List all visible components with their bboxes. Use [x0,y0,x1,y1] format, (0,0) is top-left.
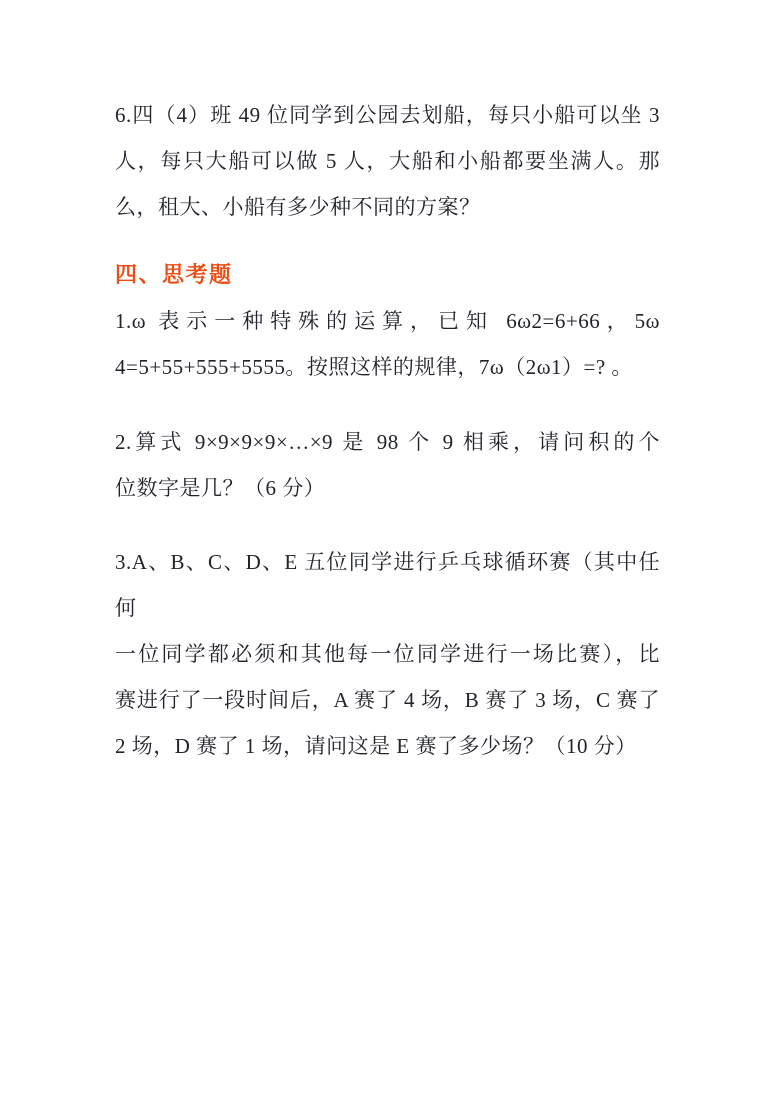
question-3-line-2: 一位同学都必须和其他每一位同学进行一场比赛），比 [115,631,660,677]
question-2-line-2: 位数字是几？（6 分） [115,465,660,511]
question-1-line-1: 1.ω 表示一种特殊的运算，已知 6ω2=6+66，5ω [115,298,660,344]
section-heading-thinking-questions: 四、思考题 [115,252,660,298]
question-6: 6.四（4）班 49 位同学到公园去划船，每只小船可以坐 3 人，每只大船可以做… [115,92,660,230]
question-2-line-1: 2.算式 9×9×9×9×…×9 是 98 个 9 相乘，请问积的个 [115,419,660,465]
thinking-question-2: 2.算式 9×9×9×9×…×9 是 98 个 9 相乘，请问积的个 位数字是几… [115,419,660,511]
worksheet-page: 6.四（4）班 49 位同学到公园去划船，每只小船可以坐 3 人，每只大船可以做… [0,0,780,1103]
question-6-line-1: 6.四（4）班 49 位同学到公园去划船，每只小船可以坐 3 [115,92,660,138]
question-3-line-1: 3.A、B、C、D、E 五位同学进行乒乓球循环赛（其中任何 [115,539,660,631]
question-1-line-2: 4=5+55+555+5555。按照这样的规律，7ω（2ω1）=? 。 [115,344,660,390]
question-3-line-3: 赛进行了一段时间后，A 赛了 4 场，B 赛了 3 场，C 赛了 [115,677,660,723]
thinking-question-3: 3.A、B、C、D、E 五位同学进行乒乓球循环赛（其中任何 一位同学都必须和其他… [115,539,660,769]
question-6-line-2: 人，每只大船可以做 5 人，大船和小船都要坐满人。那 [115,138,660,184]
thinking-question-1: 1.ω 表示一种特殊的运算，已知 6ω2=6+66，5ω 4=5+55+555+… [115,298,660,390]
question-6-line-3: 么，租大、小船有多少种不同的方案？ [115,184,660,230]
question-3-line-4: 2 场，D 赛了 1 场，请问这是 E 赛了多少场？（10 分） [115,723,660,769]
